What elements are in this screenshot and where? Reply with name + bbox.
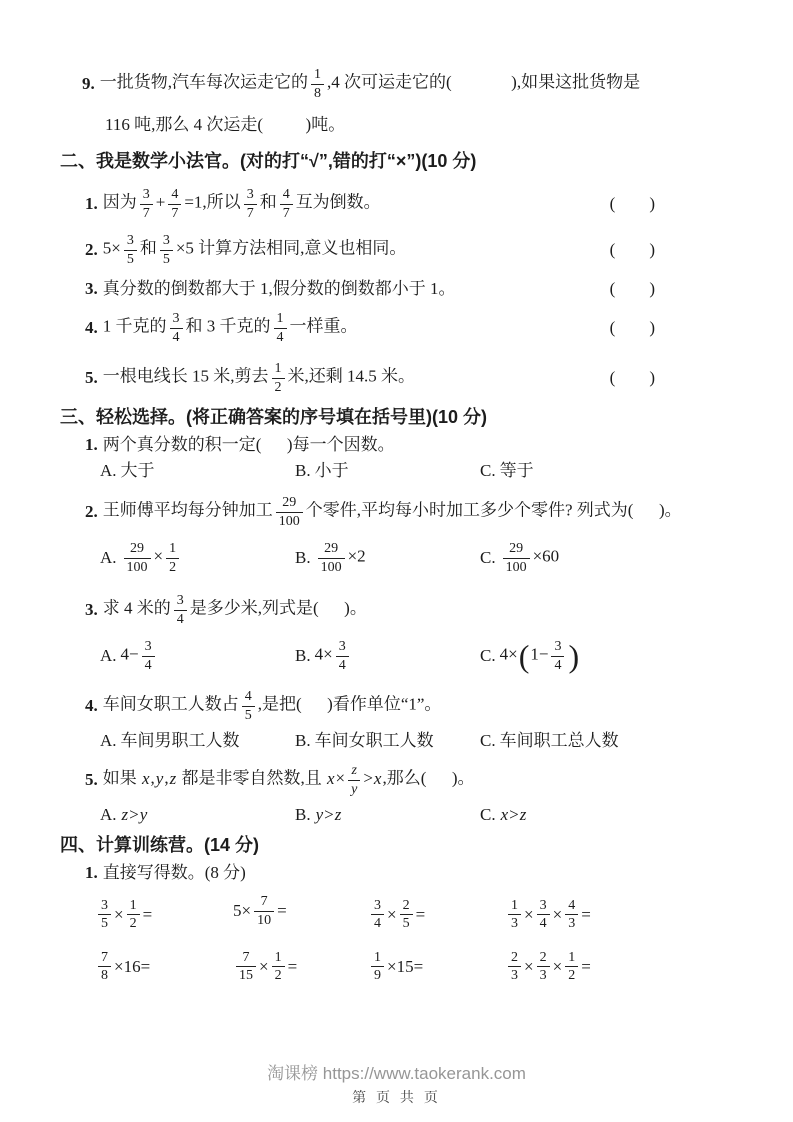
calc-expression: 715×12=: [233, 943, 368, 984]
question-number: 4.: [85, 693, 98, 719]
fraction: 34: [142, 639, 155, 673]
text-run: 车间女职工人数占: [103, 695, 239, 714]
section-2-title: 二、我是数学小法官。(对的打“√”,错的打“×”)(10 分): [60, 148, 733, 174]
tf-item-3: 3. 真分数的倒数都大于 1,假分数的倒数都小于 1。 ( ): [60, 276, 733, 302]
option-text: 4×(1−34): [500, 639, 581, 673]
fraction: 12: [166, 541, 179, 575]
item-number: 3.: [85, 276, 98, 302]
option-label: B.: [295, 458, 311, 484]
fraction: 34: [336, 639, 349, 673]
item-text: 因为37+47=1,所以37和47互为倒数。: [103, 187, 610, 221]
question-text: 一批货物,汽车每次运走它的18,4 次可运走它的( ),如果这批货物是: [100, 67, 733, 101]
text-run: ×: [553, 954, 563, 980]
text-run: >: [324, 805, 334, 824]
option-text: 车间女职工人数: [315, 728, 434, 754]
page-number-label: 第 页 共 页: [0, 1086, 793, 1108]
mc-stem: 2. 王师傅平均每分钟加工29100个零件,平均每小时加工多少个零件? 列式为(…: [60, 490, 733, 534]
text-run: 车间职工总人数: [500, 731, 619, 750]
option-c: C.29100×60: [480, 541, 559, 575]
answer-bracket: ( ): [610, 365, 655, 391]
option-label: C.: [480, 728, 496, 754]
fraction: 34: [170, 311, 183, 345]
text-run: 1 千克的: [103, 317, 167, 336]
fraction: 34: [551, 639, 564, 673]
fraction: 29100: [124, 541, 151, 575]
item-text: 一根电线长 15 米,剪去12米,还剩 14.5 米。: [103, 361, 610, 395]
option-text: 等于: [500, 458, 534, 484]
option-label: A.: [100, 728, 117, 754]
question-number: 2.: [85, 499, 98, 525]
text-run: 116 吨,那么 4 次运走( )吨。: [105, 115, 345, 134]
option-label: A.: [100, 643, 117, 669]
text-run: >: [363, 769, 373, 788]
text-run: ×: [387, 902, 397, 928]
text-run: ×60: [533, 547, 560, 566]
option-label: B.: [295, 545, 311, 571]
option-text: 小于: [315, 458, 349, 484]
fraction: 47: [280, 187, 293, 221]
fraction: 23: [508, 950, 521, 984]
text-run: 和: [140, 239, 157, 258]
option-label: A.: [100, 545, 117, 571]
question-text: 求 4 米的34是多少米,列式是( )。: [103, 593, 733, 627]
variable: x: [326, 769, 336, 788]
text-run: =: [581, 954, 591, 980]
fraction: 78: [98, 950, 111, 984]
item-number: 5.: [85, 365, 98, 391]
option-a: A.4−34: [100, 639, 295, 673]
mc-options: A.大于 B.小于 C.等于: [60, 458, 733, 484]
text-run: =: [288, 954, 298, 980]
section-4-sub-instruction: 1. 直接写得数。(8 分): [60, 860, 733, 886]
option-text: y>z: [315, 802, 343, 828]
item-number: 1.: [85, 860, 98, 886]
fraction: 13: [508, 898, 521, 932]
text-run: =: [581, 902, 591, 928]
text-run: 一根电线长 15 米,剪去: [103, 367, 269, 386]
fraction: 710: [254, 894, 274, 928]
option-text: x>z: [500, 802, 528, 828]
option-text: 大于: [121, 458, 155, 484]
option-label: B.: [295, 802, 311, 828]
text-run: =: [416, 902, 426, 928]
watermark-site-link[interactable]: 淘课榜 https://www.taokerank.com: [0, 1062, 793, 1086]
calc-expression: 78×16=: [95, 943, 233, 984]
text-run: ×: [114, 902, 124, 928]
text-run: =: [277, 898, 287, 924]
text-run: ×15=: [387, 954, 423, 980]
mc-options: A.4−34 B.4×34 C.4×(1−34): [60, 632, 733, 680]
mc-question-1: 1. 两个真分数的积一定( )每一个因数。 A.大于 B.小于 C.等于: [60, 432, 733, 484]
text-run: 和 3 千克的: [186, 317, 271, 336]
answer-bracket: ( ): [610, 276, 655, 302]
item-text: 5×35和35×5 计算方法相同,意义也相同。: [103, 233, 610, 267]
mc-stem: 4. 车间女职工人数占45,是把( )看作单位“1”。: [60, 684, 733, 728]
text-run: 车间女职工人数: [315, 731, 434, 750]
calc-expression: 34×25=: [368, 891, 505, 932]
text-run: ,: [164, 769, 168, 788]
text-run: ×5 计算方法相同,意义也相同。: [176, 239, 407, 258]
text-run: 大于: [121, 461, 155, 480]
option-b: B.y>z: [295, 802, 480, 828]
question-text: 116 吨,那么 4 次运走( )吨。: [105, 112, 733, 138]
tf-item-5: 5. 一根电线长 15 米,剪去12米,还剩 14.5 米。 ( ): [60, 356, 733, 400]
mc-options: A.车间男职工人数 B.车间女职工人数 C.车间职工总人数: [60, 728, 733, 754]
item-number: 2.: [85, 237, 98, 263]
mc-question-4: 4. 车间女职工人数占45,是把( )看作单位“1”。 A.车间男职工人数 B.…: [60, 684, 733, 754]
calc-expression: 19×15=: [368, 943, 505, 984]
item-text: 真分数的倒数都大于 1,假分数的倒数都小于 1。: [103, 276, 610, 302]
option-text: 4−34: [121, 639, 158, 673]
text-run: 王师傅平均每分钟加工: [103, 501, 273, 520]
variable: z: [121, 805, 130, 824]
text-run: =: [143, 902, 153, 928]
option-label: C.: [480, 458, 496, 484]
text-run: ,4 次可运走它的( ),如果这批货物是: [327, 73, 640, 92]
text-run: 等于: [500, 461, 534, 480]
text-run: 4×: [500, 645, 518, 664]
fraction: 35: [160, 233, 173, 267]
option-b: B.车间女职工人数: [295, 728, 480, 754]
option-text: 车间男职工人数: [121, 728, 240, 754]
option-c: C.x>z: [480, 802, 527, 828]
option-a: A.29100×12: [100, 541, 295, 575]
text-run: 一样重。: [290, 317, 358, 336]
option-a: A.大于: [100, 458, 295, 484]
option-text: z>y: [121, 802, 149, 828]
text-run: >: [509, 805, 519, 824]
question-number: 5.: [85, 767, 98, 793]
page-footer: 淘课榜 https://www.taokerank.com 第 页 共 页: [0, 1062, 793, 1108]
fraction: 19: [371, 950, 384, 984]
question-number: 1.: [85, 432, 98, 458]
section-4-title: 四、计算训练营。(14 分): [60, 832, 733, 858]
item-number: 4.: [85, 315, 98, 341]
exam-page: 9. 一批货物,汽车每次运走它的18,4 次可运走它的( ),如果这批货物是 1…: [0, 0, 793, 1122]
option-label: C.: [480, 643, 496, 669]
option-c: C.车间职工总人数: [480, 728, 619, 754]
text-run: 都是非零自然数,且: [177, 769, 326, 788]
text-run: ,是把( )看作单位“1”。: [258, 695, 442, 714]
fraction: 12: [127, 898, 140, 932]
variable: z: [519, 805, 528, 824]
text-run: 和: [260, 193, 277, 212]
mc-stem: 5. 如果 x,y,z 都是非零自然数,且 x×zy>x,那么( )。: [60, 758, 733, 802]
option-label: C.: [480, 545, 496, 571]
fraction: 45: [242, 689, 255, 723]
question-text: 王师傅平均每分钟加工29100个零件,平均每小时加工多少个零件? 列式为( )。: [103, 495, 733, 529]
variable: x: [500, 805, 510, 824]
fraction: 18: [311, 67, 324, 101]
fraction: 12: [565, 950, 578, 984]
fraction: 23: [537, 950, 550, 984]
option-a: A.车间男职工人数: [100, 728, 295, 754]
mc-question-3: 3. 求 4 米的34是多少米,列式是( )。 A.4−34 B.4×34 C.…: [60, 588, 733, 680]
calc-row-2: 78×16= 715×12= 19×15= 23×23×12=: [60, 940, 733, 986]
text-run: 4×: [315, 645, 333, 664]
calc-expression: 13×34×43=: [505, 891, 733, 932]
fraction: 47: [168, 187, 181, 221]
text-run: 求 4 米的: [103, 599, 171, 618]
calc-row-1: 35×12= 5×710= 34×25= 13×34×43=: [60, 888, 733, 934]
option-text: 29100×60: [500, 541, 560, 575]
mc-options: A.z>y B.y>z C.x>z: [60, 802, 733, 828]
text-run: 两个真分数的积一定( )每一个因数。: [103, 435, 395, 454]
text-run: =1,所以: [184, 193, 240, 212]
option-b: B.小于: [295, 458, 480, 484]
question-text: 两个真分数的积一定( )每一个因数。: [103, 432, 733, 458]
fraction: 29100: [318, 541, 345, 575]
mc-question-2: 2. 王师傅平均每分钟加工29100个零件,平均每小时加工多少个零件? 列式为(…: [60, 490, 733, 582]
text-run: ×: [553, 902, 563, 928]
fraction: 29100: [276, 495, 303, 529]
question-number: 9.: [82, 71, 95, 97]
fraction: 35: [98, 898, 111, 932]
text-run: ,那么( )。: [382, 769, 474, 788]
text-run: ×: [524, 902, 534, 928]
question-9-line-1: 9. 一批货物,汽车每次运走它的18,4 次可运走它的( ),如果这批货物是: [60, 62, 733, 106]
question-9: 9. 一批货物,汽车每次运走它的18,4 次可运走它的( ),如果这批货物是 1…: [60, 62, 733, 138]
item-text: 1 千克的34和 3 千克的14一样重。: [103, 311, 610, 345]
variable: x: [141, 769, 151, 788]
fraction: 35: [124, 233, 137, 267]
text-run: ×: [259, 954, 269, 980]
text-run: 小于: [315, 461, 349, 480]
text-run: ×: [154, 547, 164, 566]
calc-expression: 23×23×12=: [505, 943, 733, 984]
fraction: 34: [371, 898, 384, 932]
text-run: ×2: [348, 547, 366, 566]
instruction-text: 直接写得数。(8 分): [103, 860, 246, 886]
text-run: 是多少米,列式是( )。: [190, 599, 367, 618]
fraction: 12: [272, 950, 285, 984]
option-label: A.: [100, 802, 117, 828]
option-label: B.: [295, 728, 311, 754]
text-run: 个零件,平均每小时加工多少个零件? 列式为( )。: [306, 501, 682, 520]
option-c: C.4×(1−34): [480, 639, 580, 673]
fraction: 37: [244, 187, 257, 221]
option-b: B.4×34: [295, 639, 480, 673]
fraction: zy: [348, 763, 360, 797]
option-b: B.29100×2: [295, 541, 480, 575]
option-text: 4×34: [315, 639, 352, 673]
option-label: C.: [480, 802, 496, 828]
option-text: 车间职工总人数: [500, 728, 619, 754]
option-label: A.: [100, 458, 117, 484]
text-run: 4−: [121, 645, 139, 664]
text-run: 因为: [103, 193, 137, 212]
tf-item-2: 2. 5×35和35×5 计算方法相同,意义也相同。 ( ): [60, 228, 733, 272]
mc-question-5: 5. 如果 x,y,z 都是非零自然数,且 x×zy>x,那么( )。 A.z>…: [60, 758, 733, 828]
option-text: 29100×12: [121, 541, 183, 575]
text-run: ×: [336, 769, 346, 788]
fraction: 37: [140, 187, 153, 221]
text-run: +: [156, 193, 166, 212]
text-run: 1−: [530, 645, 548, 664]
variable: z: [169, 769, 178, 788]
variable: y: [155, 769, 165, 788]
question-text: 如果 x,y,z 都是非零自然数,且 x×zy>x,那么( )。: [103, 763, 733, 797]
answer-bracket: ( ): [610, 315, 655, 341]
text-run: 一批货物,汽车每次运走它的: [100, 73, 308, 92]
variable: y: [315, 805, 325, 824]
fraction: 34: [174, 593, 187, 627]
question-9-line-2: 116 吨,那么 4 次运走( )吨。: [60, 112, 733, 138]
answer-bracket: ( ): [610, 191, 655, 217]
option-text: 29100×2: [315, 541, 366, 575]
text-run: 互为倒数。: [296, 193, 381, 212]
text-run: ×16=: [114, 954, 150, 980]
calc-expression: 5×710=: [233, 894, 368, 928]
tf-item-1: 1. 因为37+47=1,所以37和47互为倒数。 ( ): [60, 182, 733, 226]
item-number: 1.: [85, 191, 98, 217]
question-text: 车间女职工人数占45,是把( )看作单位“1”。: [103, 689, 733, 723]
fraction: 715: [236, 950, 256, 984]
fraction: 34: [537, 898, 550, 932]
fraction: 43: [565, 898, 578, 932]
tf-item-4: 4. 1 千克的34和 3 千克的14一样重。 ( ): [60, 306, 733, 350]
variable: z: [334, 805, 343, 824]
section-3-title: 三、轻松选择。(将正确答案的序号填在括号里)(10 分): [60, 404, 733, 430]
answer-bracket: ( ): [610, 237, 655, 263]
option-a: A.z>y: [100, 802, 295, 828]
option-label: B.: [295, 643, 311, 669]
mc-options: A.29100×12 B.29100×2 C.29100×60: [60, 534, 733, 582]
variable: y: [139, 805, 149, 824]
text-run: 5×: [233, 898, 251, 924]
text-run: 如果: [103, 769, 141, 788]
question-number: 3.: [85, 597, 98, 623]
text-run: 真分数的倒数都大于 1,假分数的倒数都小于 1。: [103, 279, 456, 298]
fraction: 14: [274, 311, 287, 345]
mc-stem: 1. 两个真分数的积一定( )每一个因数。: [60, 432, 733, 458]
text-run: 5×: [103, 239, 121, 258]
fraction: 12: [272, 361, 285, 395]
big-paren: ): [568, 638, 579, 674]
text-run: 米,还剩 14.5 米。: [288, 367, 416, 386]
text-run: ×: [524, 954, 534, 980]
text-run: 车间男职工人数: [121, 731, 240, 750]
mc-stem: 3. 求 4 米的34是多少米,列式是( )。: [60, 588, 733, 632]
calc-expression: 35×12=: [95, 891, 233, 932]
big-paren: (: [519, 638, 530, 674]
text-run: >: [129, 805, 139, 824]
option-c: C.等于: [480, 458, 534, 484]
fraction: 29100: [503, 541, 530, 575]
fraction: 25: [400, 898, 413, 932]
